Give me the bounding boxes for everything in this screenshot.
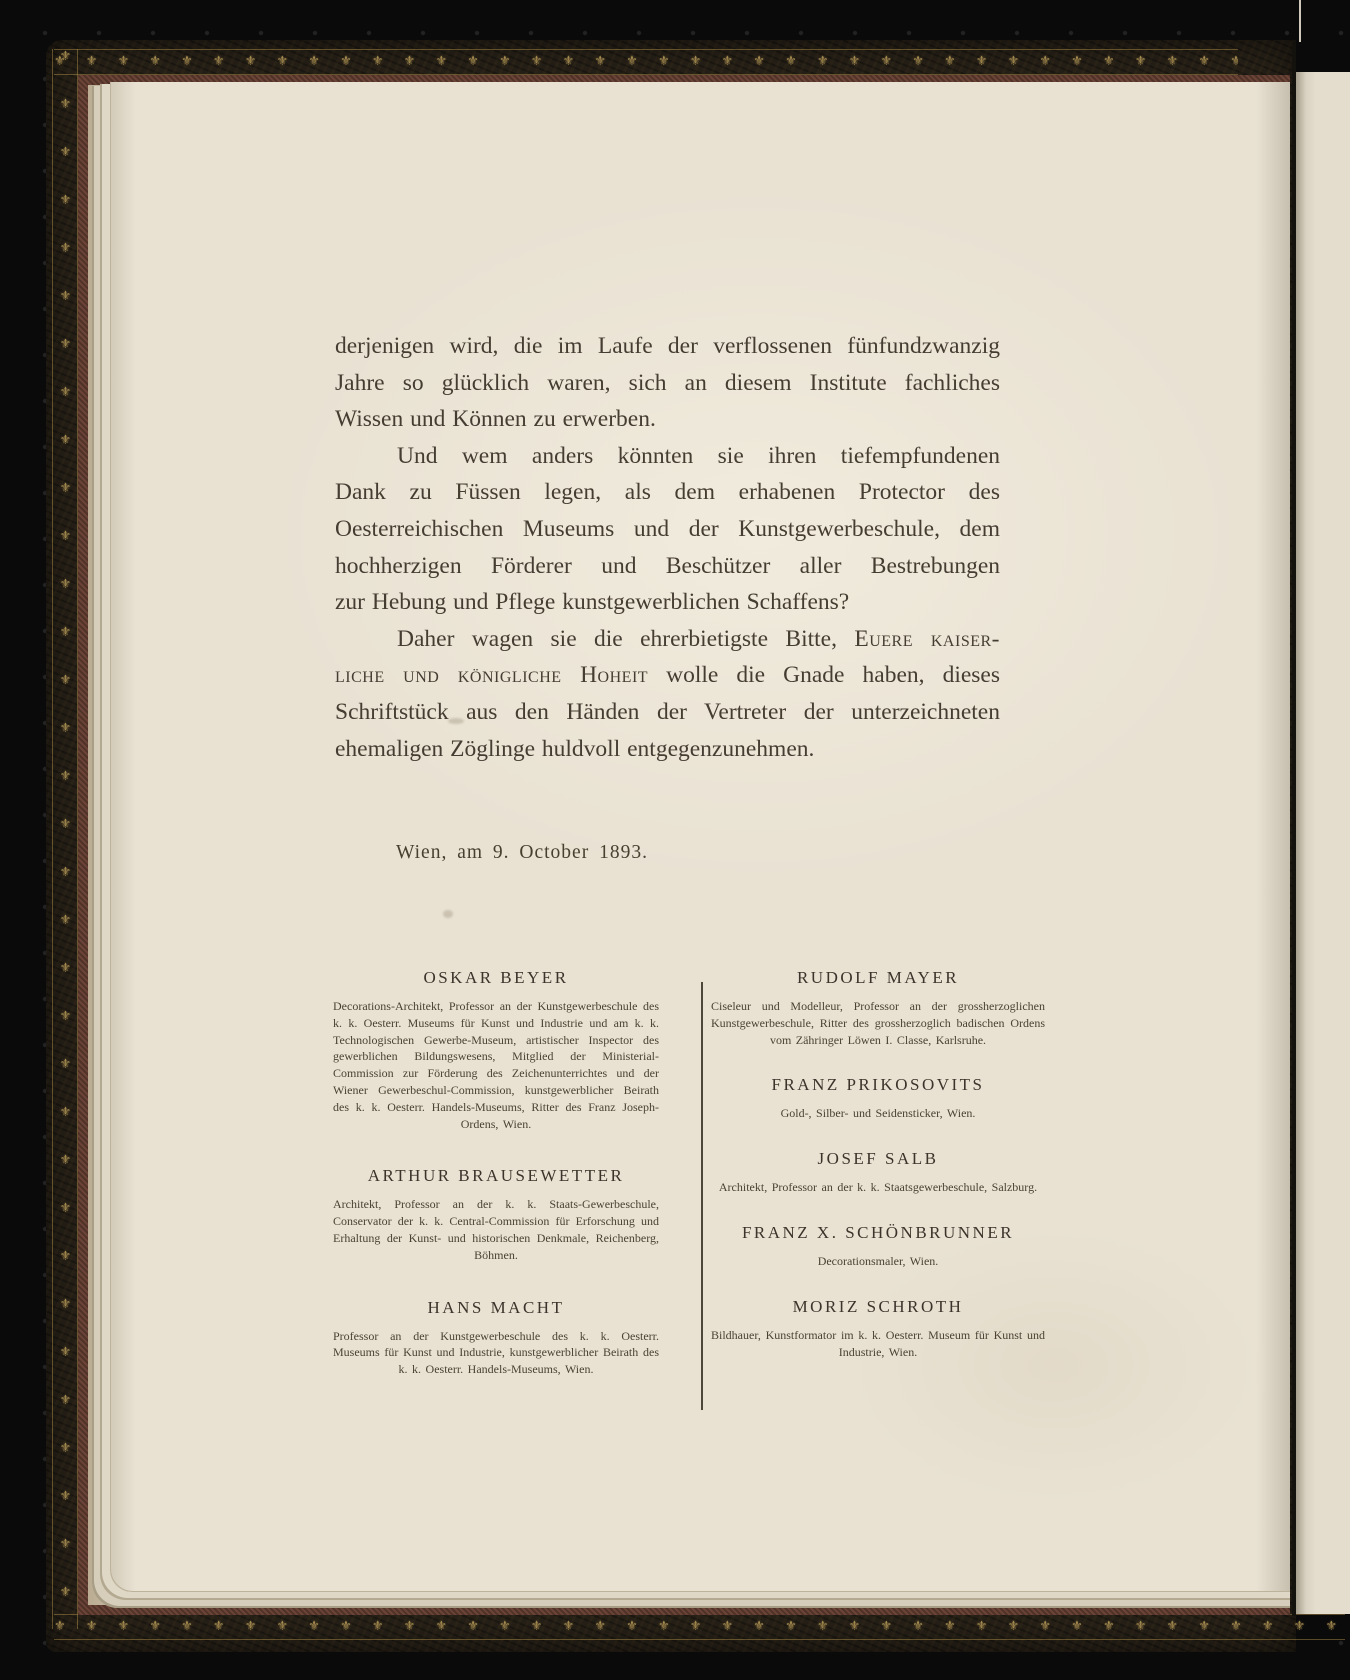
signature-description: Architekt, Professor an der k. k. Staats… [711, 1179, 1045, 1196]
text-line: Schriftstück aus den Händen der Vertrete… [335, 694, 1000, 731]
scan-smudge [448, 718, 464, 724]
signature-item: JOSEF SALBArchitekt, Professor an der k.… [711, 1149, 1045, 1196]
column-divider-rule [701, 982, 703, 1410]
text-segment: ehemaligen Zöglinge huldvoll entgegenzun… [335, 736, 814, 762]
text-line: hochherzigen Förderer und Beschützer all… [335, 548, 1000, 585]
signature-name: OSKAR BEYER [333, 968, 659, 988]
text-segment: Schriftstück aus den Händen der Vertrete… [335, 699, 1000, 725]
text-line: Wissen und Können zu erwerben. [335, 401, 1000, 438]
signature-description: Professor an der Kunstgewerbeschule des … [333, 1328, 659, 1378]
text-segment: Jahre so glücklich waren, sich an diesem… [335, 370, 1000, 396]
scan-smudge [443, 910, 453, 918]
signature-name: MORIZ SCHROTH [711, 1297, 1045, 1317]
signature-item: HANS MACHTProfessor an der Kunstgewerbes… [333, 1298, 659, 1378]
signature-item: RUDOLF MAYERCiseleur und Modelleur, Prof… [711, 968, 1045, 1048]
signature-name: FRANZ X. SCHÖNBRUNNER [711, 1223, 1045, 1243]
text-segment: Wissen und Können zu erwerben. [335, 406, 656, 432]
text-line: Und wem anders könnten sie ihren tiefemp… [335, 438, 1000, 475]
signature-description: Bildhauer, Kunstformator im k. k. Oester… [711, 1327, 1045, 1361]
text-line: Daher wagen sie die ehrerbietigste Bitte… [335, 621, 1000, 658]
text-segment: Und wem anders könnten sie ihren tiefemp… [397, 443, 1000, 469]
text-segment: wolle die Gnade haben, dieses [648, 662, 1000, 688]
text-line: Dank zu Füssen legen, als dem erhabenen … [335, 474, 1000, 511]
gold-border-top-ornament: ⚜ ⚜ ⚜ ⚜ ⚜ ⚜ ⚜ ⚜ ⚜ ⚜ ⚜ ⚜ ⚜ ⚜ ⚜ ⚜ ⚜ ⚜ ⚜ ⚜ … [54, 49, 1238, 75]
signature-item: MORIZ SCHROTHBildhauer, Kunstformator im… [711, 1297, 1045, 1361]
smallcaps-text-segment: liche und königliche Hoheit [335, 662, 648, 688]
gold-border-left-ornament: ⚜ ⚜ ⚜ ⚜ ⚜ ⚜ ⚜ ⚜ ⚜ ⚜ ⚜ ⚜ ⚜ ⚜ ⚜ ⚜ ⚜ ⚜ ⚜ ⚜ … [52, 49, 78, 1629]
signature-item: FRANZ PRIKOSOVITSGold-, Silber- und Seid… [711, 1075, 1045, 1122]
signature-name: FRANZ PRIKOSOVITS [711, 1075, 1045, 1095]
text-line: liche und königliche Hoheit wolle die Gn… [335, 657, 1000, 694]
signature-item: OSKAR BEYERDecorations-Architekt, Profes… [333, 968, 659, 1132]
petition-body-text: derjenigen wird, die im Laufe der verflo… [335, 328, 1000, 767]
signature-description: Ciseleur und Modelleur, Professor an der… [711, 998, 1045, 1048]
text-line: ehemaligen Zöglinge huldvoll entgegenzun… [335, 731, 1000, 768]
text-segment: Oesterreichischen Museums und der Kunstg… [335, 516, 1000, 542]
signature-description: Gold-, Silber- und Seidensticker, Wien. [711, 1105, 1045, 1122]
text-segment: zur Hebung und Pflege kunstgewerblichen … [335, 589, 849, 615]
bookmark-string [1299, 0, 1301, 42]
signature-name: ARTHUR BRAUSEWETTER [333, 1166, 659, 1186]
signature-item: FRANZ X. SCHÖNBRUNNERDecorationsmaler, W… [711, 1223, 1045, 1270]
signature-item: ARTHUR BRAUSEWETTERArchitekt, Professor … [333, 1166, 659, 1263]
text-line: zur Hebung und Pflege kunstgewerblichen … [335, 584, 1000, 621]
text-segment: hochherzigen Förderer und Beschützer all… [335, 553, 1000, 579]
signature-column-right: RUDOLF MAYERCiseleur und Modelleur, Prof… [711, 968, 1045, 1387]
text-line: Jahre so glücklich waren, sich an diesem… [335, 365, 1000, 402]
smallcaps-text-segment: Euere kaiser- [854, 626, 1000, 652]
text-line: derjenigen wird, die im Laufe der verflo… [335, 328, 1000, 365]
signature-description: Architekt, Professor an der k. k. Staats… [333, 1196, 659, 1263]
signature-name: HANS MACHT [333, 1298, 659, 1318]
signature-column-left: OSKAR BEYERDecorations-Architekt, Profes… [333, 968, 659, 1412]
scan-background: ⚜ ⚜ ⚜ ⚜ ⚜ ⚜ ⚜ ⚜ ⚜ ⚜ ⚜ ⚜ ⚜ ⚜ ⚜ ⚜ ⚜ ⚜ ⚜ ⚜ … [0, 0, 1350, 1680]
gold-border-bottom-ornament: ⚜ ⚜ ⚜ ⚜ ⚜ ⚜ ⚜ ⚜ ⚜ ⚜ ⚜ ⚜ ⚜ ⚜ ⚜ ⚜ ⚜ ⚜ ⚜ ⚜ … [54, 1614, 1345, 1640]
dateline: Wien, am 9. October 1893. [396, 842, 648, 864]
signature-description: Decorations-Architekt, Professor an der … [333, 998, 659, 1132]
adjacent-page-edge [1296, 72, 1350, 1614]
signature-name: RUDOLF MAYER [711, 968, 1045, 988]
text-segment: Daher wagen sie die ehrerbietigste Bitte… [397, 626, 854, 652]
main-page: derjenigen wird, die im Laufe der verflo… [110, 82, 1290, 1592]
text-line: Oesterreichischen Museums und der Kunstg… [335, 511, 1000, 548]
text-segment: Dank zu Füssen legen, als dem erhabenen … [335, 479, 1000, 505]
text-segment: derjenigen wird, die im Laufe der verflo… [335, 333, 1000, 359]
signature-description: Decorationsmaler, Wien. [711, 1253, 1045, 1270]
signature-name: JOSEF SALB [711, 1149, 1045, 1169]
